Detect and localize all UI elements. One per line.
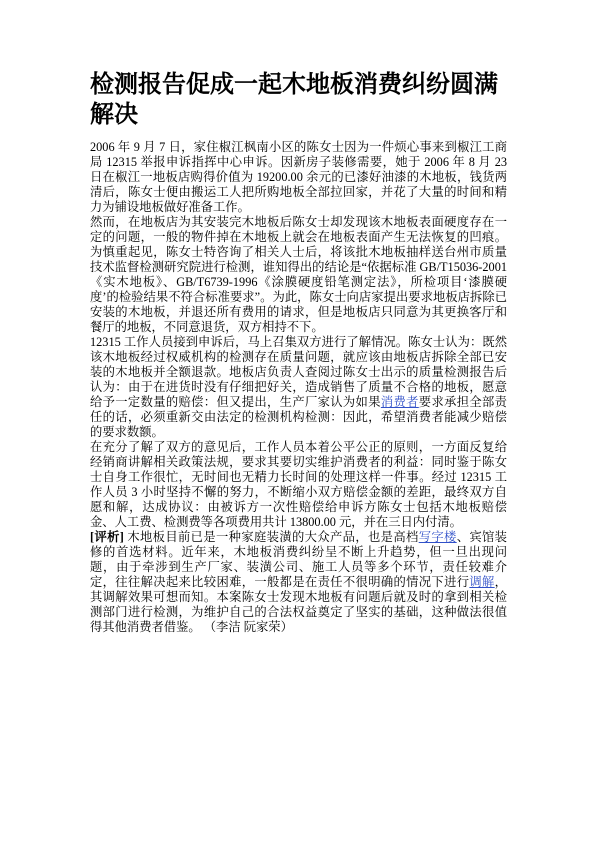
analysis-label: [评析] — [90, 530, 124, 544]
paragraph-problem: 然而，在地板店为其安装完木地板后陈女士却发现该木地板表面硬度存在一定的问题，一般… — [90, 215, 507, 335]
paragraph-intro: 2006 年 9 月 7 日，家住椒江枫南小区的陈女士因为一件烦心事来到椒江工商… — [90, 140, 507, 215]
paragraph-analysis: [评析] 木地板目前已是一种家庭装潢的大众产品，也是高档写字楼、宾馆装修的首选材… — [90, 530, 507, 635]
link-office-building[interactable]: 写字楼 — [419, 530, 457, 544]
paragraph-text: 2006 年 9 月 7 日，家住椒江枫南小区的陈女士因为一件烦心事来到椒江工商… — [90, 140, 507, 214]
paragraph-text: 木地板目前已是一种家庭装潢的大众产品，也是高档 — [124, 530, 419, 544]
link-mediation[interactable]: 调解 — [469, 575, 494, 589]
paragraph-text: 在充分了解了双方的意见后，工作人员本着公平公正的原则，一方面反复给经销商讲解相关… — [90, 440, 507, 529]
link-consumer[interactable]: 消费者 — [381, 395, 419, 409]
article-title: 检测报告促成一起木地板消费纠纷圆满解决 — [90, 70, 507, 130]
paragraph-settlement: 在充分了解了双方的意见后，工作人员本着公平公正的原则，一方面反复给经销商讲解相关… — [90, 440, 507, 530]
document-page: 检测报告促成一起木地板消费纠纷圆满解决 2006 年 9 月 7 日，家住椒江枫… — [0, 0, 595, 842]
paragraph-mediation-start: 12315 工作人员接到申诉后，马上召集双方进行了解情况。陈女士认为：既然该木地… — [90, 335, 507, 440]
paragraph-text: 然而，在地板店为其安装完木地板后陈女士却发现该木地板表面硬度存在一定的问题，一般… — [90, 215, 507, 334]
